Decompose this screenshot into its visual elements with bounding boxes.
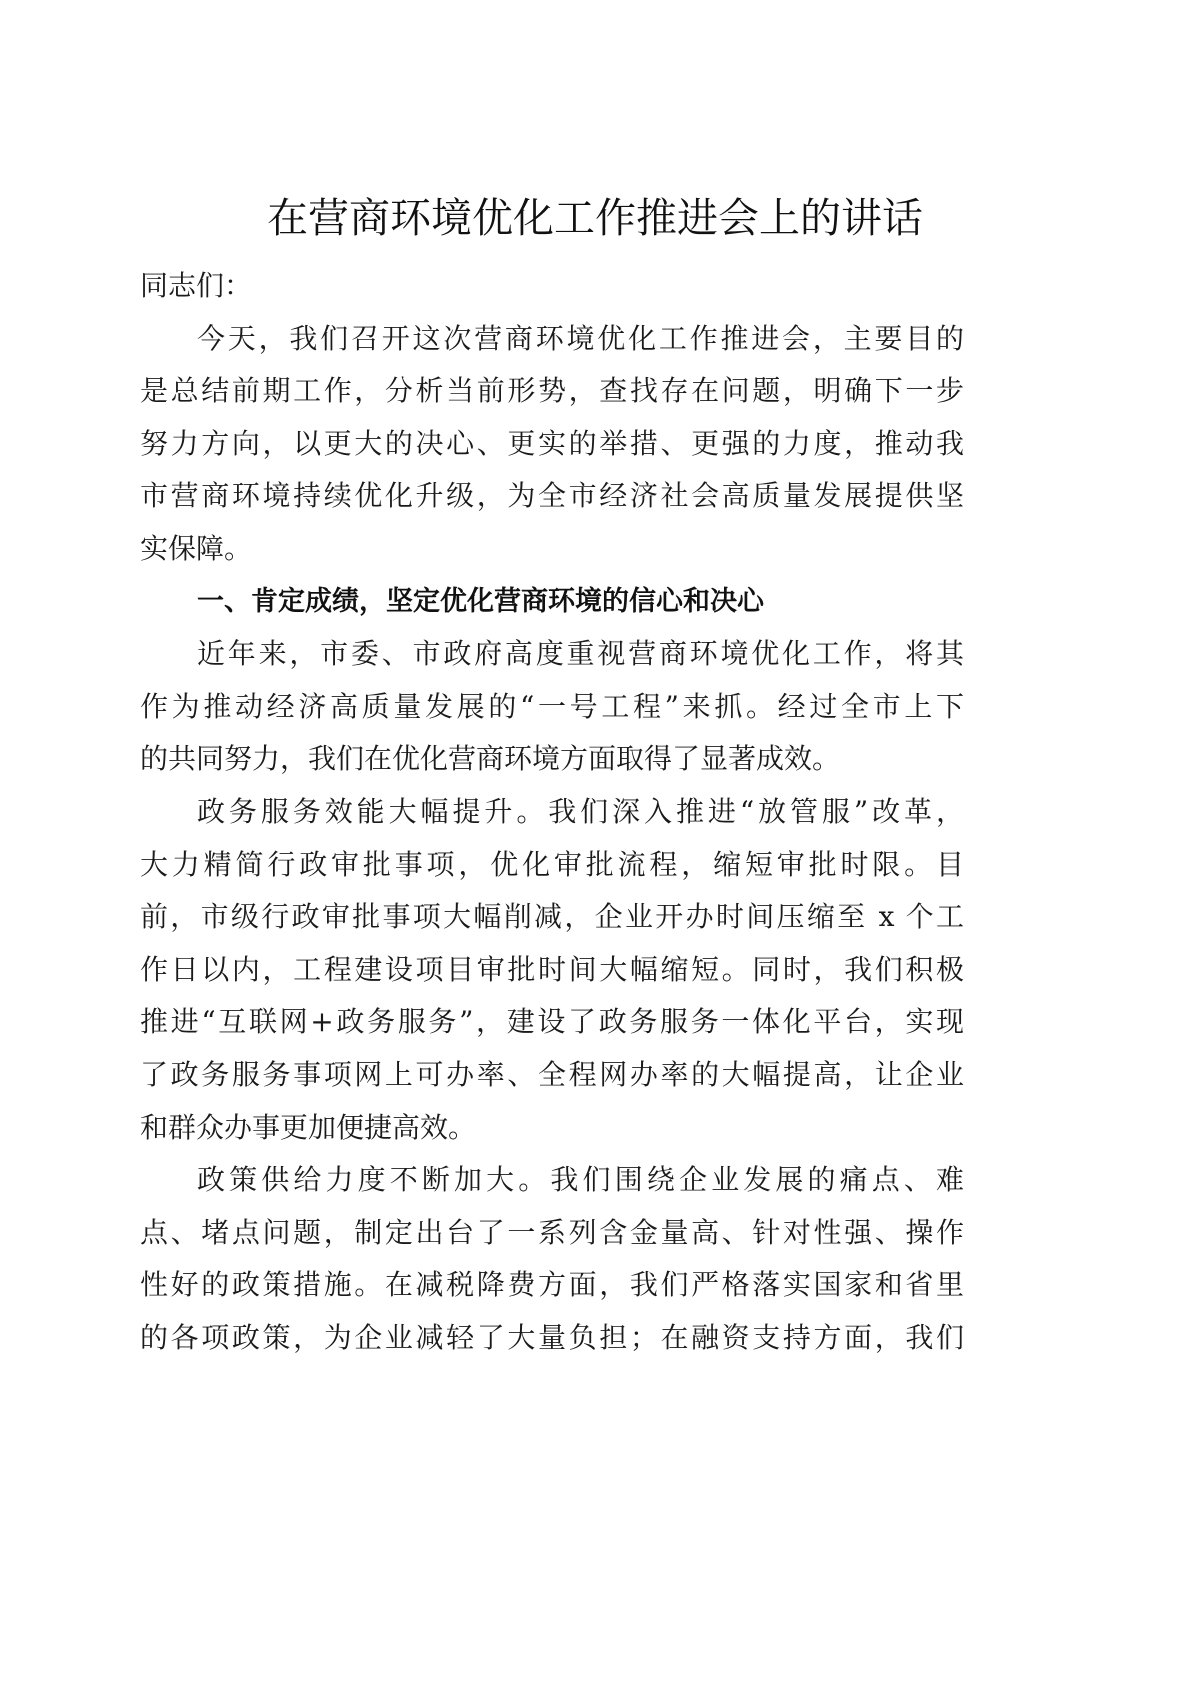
paragraph-line: 作为推动经济高质量发展的“一号工程”来抓。经过全市上下 bbox=[140, 681, 964, 734]
paragraph-line: 政策供给力度不断加大。我们围绕企业发展的痛点、难 bbox=[140, 1154, 964, 1207]
paragraph-line: 点、堵点问题，制定出台了一系列含金量高、针对性强、操作 bbox=[140, 1207, 964, 1260]
paragraph-line: 实保障。 bbox=[140, 523, 964, 576]
salutation: 同志们： bbox=[140, 260, 964, 313]
paragraph-line: 努力方向，以更大的决心、更实的举措、更强的力度，推动我 bbox=[140, 418, 964, 471]
paragraph-line: 作日以内，工程建设项目审批时间大幅缩短。同时，我们积极 bbox=[140, 944, 964, 997]
document-body: 同志们： 今天，我们召开这次营商环境优化工作推进会，主要目的 是总结前期工作，分… bbox=[140, 260, 964, 1364]
document-title: 在营商环境优化工作推进会上的讲话 bbox=[0, 193, 1190, 243]
section-heading: 一、肯定成绩，坚定优化营商环境的信心和决心 bbox=[140, 576, 964, 629]
paragraph-line: 近年来，市委、市政府高度重视营商环境优化工作，将其 bbox=[140, 628, 964, 681]
paragraph-line: 了政务服务事项网上可办率、全程网办率的大幅提高，让企业 bbox=[140, 1049, 964, 1102]
paragraph-line: 政务服务效能大幅提升。我们深入推进“放管服”改革， bbox=[140, 786, 964, 839]
paragraph-line: 是总结前期工作，分析当前形势，查找存在问题，明确下一步 bbox=[140, 365, 964, 418]
paragraph-line: 前，市级行政审批事项大幅削减，企业开办时间压缩至 x 个工 bbox=[140, 891, 964, 944]
paragraph-line: 性好的政策措施。在减税降费方面，我们严格落实国家和省里 bbox=[140, 1259, 964, 1312]
paragraph-line: 和群众办事更加便捷高效。 bbox=[140, 1102, 964, 1155]
paragraph-line: 推进“互联网+政务服务”，建设了政务服务一体化平台，实现 bbox=[140, 996, 964, 1049]
document-page: 在营商环境优化工作推进会上的讲话 同志们： 今天，我们召开这次营商环境优化工作推… bbox=[0, 0, 1190, 1683]
paragraph-line: 的共同努力，我们在优化营商环境方面取得了显著成效。 bbox=[140, 733, 964, 786]
paragraph-line: 大力精简行政审批事项，优化审批流程，缩短审批时限。目 bbox=[140, 839, 964, 892]
paragraph-line: 今天，我们召开这次营商环境优化工作推进会，主要目的 bbox=[140, 313, 964, 366]
paragraph-line: 市营商环境持续优化升级，为全市经济社会高质量发展提供坚 bbox=[140, 470, 964, 523]
paragraph-line: 的各项政策，为企业减轻了大量负担；在融资支持方面，我们 bbox=[140, 1312, 964, 1365]
